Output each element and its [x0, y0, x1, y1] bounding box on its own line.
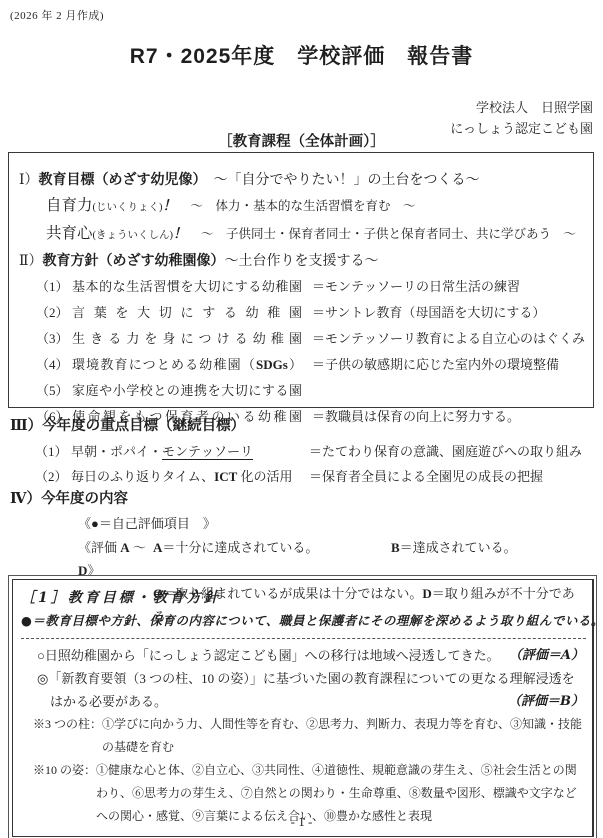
evaluation-section-frame: ［1］教育目標・教育方針 ●＝教育目標や方針、保育の内容について、職員と保護者に… — [8, 575, 597, 838]
curriculum-box: Ⅰ）教育目標（めざす幼児像） ～「自分でやりたい！」の土台をつくる～ 自育力(じ… — [8, 152, 594, 408]
note-text: ①学びに向かう力、人間性等を育む、②思考力、判断力、表現力等を育む、③知識・技能… — [102, 713, 586, 759]
finding-rating-b: （評価＝B） — [508, 690, 584, 713]
priority-goal-text-post: 化の活用 — [237, 469, 292, 484]
scale-label-a: A — [120, 540, 129, 555]
policy-item-3: （3） 生きる力を身につける幼稚園 ＝モンテッソーリ教育による自立心のはぐくみ — [36, 326, 585, 352]
goal2-description: ～ 子供同士・保育者同士・子供と保育者同士、共に学びあう ～ — [201, 227, 576, 241]
policy-item-detail: ＝子供の敏感期に応じた室内外の環境整備 — [312, 352, 559, 378]
goal1-description: ～ 体力・基本的な生活習慣を育む ～ — [191, 199, 416, 213]
scale-label-pre: 《評価 — [78, 540, 120, 555]
page-number: - 1 - — [0, 814, 603, 830]
section2-numeral: Ⅱ） — [19, 254, 43, 269]
finding-text: 「新教育要領（3 つの柱、10 の姿）」に基づいた園の教育課程についての更なる理… — [48, 671, 574, 709]
policy-item-text-pre: 環境教育につとめる幼稚園（ — [72, 357, 256, 372]
evaluation-section-title: ［1］教育目標・教育方針 — [21, 586, 586, 610]
ict-label: ICT — [214, 469, 237, 484]
finding-text: 日照幼稚園から「にっしょう認定こども園」への移行は地域へ浸透してきた。 — [45, 648, 500, 663]
finding-rating-a: （評価＝A） — [509, 644, 584, 667]
scale-label-mid: ～ — [130, 540, 146, 555]
rating-b-text: ＝達成されている。 — [400, 540, 517, 555]
goal1-word: 自育力 — [46, 197, 93, 214]
priority-goal-text-pre: 早朝・ポパイ・ — [71, 444, 162, 459]
section4-heading: Ⅳ）今年度の内容 — [10, 487, 595, 512]
policy-item-detail: ＝モンテッソーリ教育による自立心のはぐくみ — [312, 326, 585, 352]
goal2-word: 共育心 — [46, 225, 93, 242]
section2-subtitle: ～土台作りを支援する～ — [225, 254, 379, 269]
priority-goal-detail: ＝たてわり保育の意識、園庭遊びへの取り組み — [309, 439, 582, 464]
priority-goal-1: （1） 早朝・ポパイ・モンテッソーリ ＝たてわり保育の意識、園庭遊びへの取り組み — [35, 439, 595, 464]
section3-numeral: Ⅲ） — [10, 418, 42, 434]
section1-numeral: Ⅰ） — [19, 173, 39, 188]
rating-b-letter: B — [391, 540, 400, 555]
note-three-pillars: ※3 つの柱： ①学びに向かう力、人間性等を育む、②思考力、判断力、表現力等を育… — [33, 713, 586, 759]
policy-item-2: （2） 言葉を大切にする幼稚園 ＝サントレ教育（母国語を大切にする） — [36, 300, 585, 326]
goal-row-jiikuryoku: 自育力(じいくりょく)！～ 体力・基本的な生活習慣を育む ～ — [46, 193, 585, 221]
finding-1: ○日照幼稚園から「にっしょう認定こども園」への移行は地域へ浸透してきた。 （評価… — [37, 644, 586, 667]
policy-item-text: 家庭や小学校との連携を大切にする園 — [72, 378, 302, 404]
curriculum-plan-label: ［教育課程（全体計画）］ — [0, 130, 603, 151]
evaluation-objective: ●＝教育目標や方針、保育の内容について、職員と保護者にその理解を深めるよう取り組… — [21, 610, 586, 632]
montessori-underlined: モンテッソーリ — [162, 444, 253, 459]
priority-goal-detail: ＝保育者全員による全園児の成長の把握 — [309, 464, 543, 489]
policy-item-text: 言葉を大切にする幼稚園 — [72, 300, 302, 326]
policy-item-5: （5） 家庭や小学校との連携を大切にする園 — [36, 378, 585, 404]
section4-numeral: Ⅳ） — [10, 491, 41, 507]
policy-item-detail: ＝サントレ教育（母国語を大切にする） — [312, 300, 545, 326]
created-date-note: (2026 年 2 月作成) — [10, 7, 104, 23]
policy-item-number: （5） — [36, 378, 72, 404]
policy-item-text: 生きる力を身につける幼稚園 — [72, 326, 302, 352]
goal-row-kyouikushin: 共育心(きょういくしん)！～ 子供同士・保育者同士・子供と保育者同士、共に学びあ… — [46, 221, 585, 249]
section1-subtitle: ～「自分でやりたい！」の土台をつくる～ — [200, 173, 480, 188]
section3-heading: Ⅲ）今年度の重点目標（継続目標） — [10, 414, 595, 439]
goal2-reading: (きょういくしん) — [93, 230, 174, 241]
priority-goal-text-pre: 毎日のふり返りタイム、 — [71, 469, 214, 484]
evaluation-section-box: ［1］教育目標・教育方針 ●＝教育目標や方針、保育の内容について、職員と保護者に… — [12, 579, 594, 837]
section3-title: 今年度の重点目標（継続目標） — [42, 418, 245, 434]
policy-item-text: 基本的な生活習慣を大切にする幼稚園 — [72, 274, 302, 300]
policy-item-detail: ＝モンテッソーリの日常生活の練習 — [312, 274, 520, 300]
section2-heading: Ⅱ）教育方針（めざす幼稚園像）～土台作りを支援する～ — [19, 249, 585, 274]
rating-a-text: ＝十分に達成されている。 — [162, 540, 318, 555]
policy-item-number: （4） — [36, 352, 72, 378]
policy-item-text-post: ） — [288, 357, 302, 372]
finding-marker: ◎ — [37, 671, 48, 686]
priority-goal-text: 早朝・ポパイ・モンテッソーリ — [71, 439, 309, 464]
priority-goal-number: （1） — [35, 439, 71, 464]
policy-item-1: （1） 基本的な生活習慣を大切にする幼稚園 ＝モンテッソーリの日常生活の練習 — [36, 274, 585, 300]
policy-item-4: （4） 環境教育につとめる幼稚園（SDGs） ＝子供の敏感期に応じた室内外の環境… — [36, 352, 585, 378]
finding-marker: ○ — [37, 648, 45, 663]
policy-item-number: （3） — [36, 326, 72, 352]
self-evaluation-legend: 《●＝自己評価項目 》 — [78, 512, 595, 536]
report-page: (2026 年 2 月作成) R7・2025年度 学校評価 報告書 学校法人 日… — [0, 0, 603, 838]
section1-title: 教育目標（めざす幼児像） — [39, 173, 200, 188]
school-corporation: 学校法人 日照学園 — [450, 97, 593, 118]
policy-item-number: （1） — [36, 274, 72, 300]
goal1-exclamation: ！ — [163, 199, 177, 214]
finding-2: ◎「新教育要領（3 つの柱、10 の姿）」に基づいた園の教育課程についての更なる… — [37, 667, 586, 713]
section4-title: 今年度の内容 — [41, 491, 128, 507]
sdgs-label: SDGs — [256, 357, 288, 372]
page-title: R7・2025年度 学校評価 報告書 — [0, 40, 603, 70]
priority-goals-section: Ⅲ）今年度の重点目標（継続目標） （1） 早朝・ポパイ・モンテッソーリ ＝たてわ… — [10, 414, 595, 489]
note-label: ※3 つの柱： — [33, 713, 102, 759]
section1-heading: Ⅰ）教育目標（めざす幼児像） ～「自分でやりたい！」の土台をつくる～ — [19, 168, 585, 193]
goal1-reading: (じいくりょく) — [93, 202, 163, 213]
priority-goal-text: 毎日のふり返りタイム、ICT 化の活用 — [71, 464, 309, 489]
section2-title: 教育方針（めざす幼稚園像） — [43, 254, 225, 269]
goal2-exclamation: ！ — [173, 227, 187, 242]
policy-item-text: 環境教育につとめる幼稚園（SDGs） — [72, 352, 302, 378]
policy-item-number: （2） — [36, 300, 72, 326]
priority-goal-2: （2） 毎日のふり返りタイム、ICT 化の活用 ＝保育者全員による全園児の成長の… — [35, 464, 595, 489]
dashed-divider — [21, 638, 586, 639]
rating-a-letter: A — [153, 540, 162, 555]
priority-goal-number: （2） — [35, 464, 71, 489]
